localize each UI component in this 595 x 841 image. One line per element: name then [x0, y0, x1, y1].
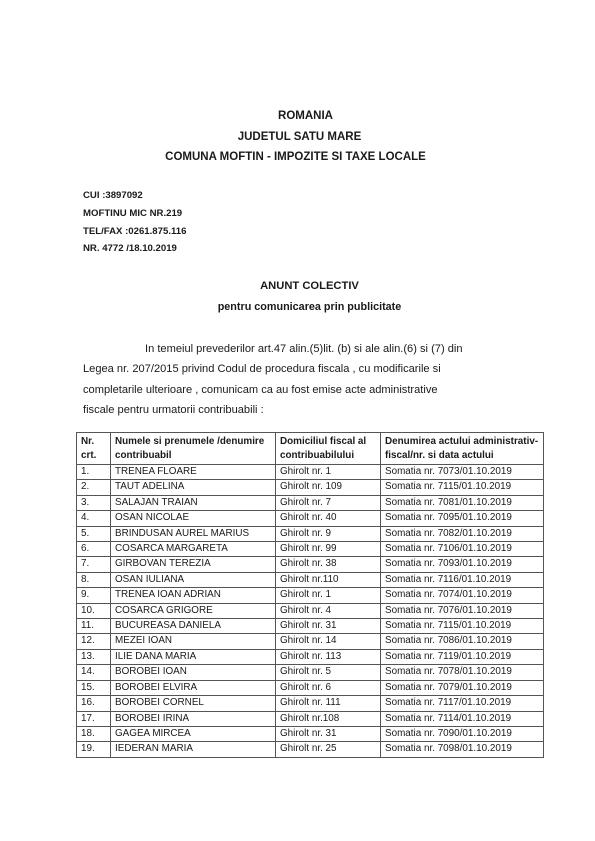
table-row: 14.BOROBEI IOANGhirolt nr. 5Somatia nr. …: [77, 665, 544, 680]
fiscal-domicile: Ghirolt nr. 5: [276, 665, 381, 680]
fiscal-domicile: Ghirolt nr. 25: [276, 742, 381, 757]
row-number: 8.: [77, 572, 111, 587]
fiscal-domicile: Ghirolt nr. 31: [276, 726, 381, 741]
header-nr-crt: Nr. crt.: [77, 433, 111, 465]
table-row: 9.TRENEA IOAN ADRIANGhirolt nr. 1Somatia…: [77, 588, 544, 603]
taxpayer-name: ILIE DANA MARIA: [111, 649, 276, 664]
table-row: 3.SALAJAN TRAIANGhirolt nr. 7Somatia nr.…: [77, 495, 544, 510]
table-row: 17.BOROBEI IRINAGhirolt nr.108Somatia nr…: [77, 711, 544, 726]
fiscal-domicile: Ghirolt nr. 111: [276, 696, 381, 711]
fiscal-domicile: Ghirolt nr. 7: [276, 495, 381, 510]
administrative-act: Somatia nr. 7095/01.10.2019: [381, 511, 544, 526]
paragraph-line: fiscale pentru urmatorii contribuabili :: [83, 400, 543, 420]
table-row: 16.BOROBEI CORNELGhirolt nr. 111Somatia …: [77, 696, 544, 711]
table-row: 10.COSARCA GRIGOREGhirolt nr. 4Somatia n…: [77, 603, 544, 618]
header-country: ROMANIA: [8, 110, 595, 122]
taxpayer-name: BOROBEI ELVIRA: [111, 680, 276, 695]
table-row: 1.TRENEA FLOAREGhirolt nr. 1Somatia nr. …: [77, 465, 544, 480]
fiscal-domicile: Ghirolt nr. 4: [276, 603, 381, 618]
administrative-act: Somatia nr. 7093/01.10.2019: [381, 557, 544, 572]
table-row: 8.OSAN IULIANAGhirolt nr.110Somatia nr. …: [77, 572, 544, 587]
table-row: 15.BOROBEI ELVIRAGhirolt nr. 6Somatia nr…: [77, 680, 544, 695]
row-number: 3.: [77, 495, 111, 510]
paragraph-line-text: In temeiul prevederilor art.47 alin.(5)l…: [145, 343, 463, 355]
paragraph-line: Legea nr. 207/2015 privind Codul de proc…: [83, 359, 543, 379]
row-number: 18.: [77, 726, 111, 741]
administrative-act: Somatia nr. 7117/01.10.2019: [381, 696, 544, 711]
taxpayer-name: MEZEI IOAN: [111, 634, 276, 649]
row-number: 11.: [77, 619, 111, 634]
taxpayer-name: BOROBEI CORNEL: [111, 696, 276, 711]
header-act-name: Denumirea actului administrativ-fiscal/n…: [381, 433, 544, 465]
administrative-act: Somatia nr. 7082/01.10.2019: [381, 526, 544, 541]
taxpayer-name: BRINDUSAN AUREL MARIUS: [111, 526, 276, 541]
table-row: 18.GAGEA MIRCEAGhirolt nr. 31Somatia nr.…: [77, 726, 544, 741]
fiscal-domicile: Ghirolt nr. 99: [276, 542, 381, 557]
taxpayer-name: TRENEA FLOARE: [111, 465, 276, 480]
header-name: Numele si prenumele /denumire contribuab…: [111, 433, 276, 465]
taxpayer-name: OSAN IULIANA: [111, 572, 276, 587]
header-institution: COMUNA MOFTIN - IMPOZITE SI TAXE LOCALE: [0, 151, 593, 163]
table-row: 19.IEDERAN MARIAGhirolt nr. 25Somatia nr…: [77, 742, 544, 757]
administrative-act: Somatia nr. 7074/01.10.2019: [381, 588, 544, 603]
fiscal-domicile: Ghirolt nr. 1: [276, 588, 381, 603]
taxpayer-name: COSARCA MARGARETA: [111, 542, 276, 557]
administrative-act: Somatia nr. 7098/01.10.2019: [381, 742, 544, 757]
info-phone: TEL/FAX :0261.875.116: [83, 226, 186, 237]
row-number: 16.: [77, 696, 111, 711]
taxpayer-name: OSAN NICOLAE: [111, 511, 276, 526]
table-row: 7.GIRBOVAN TEREZIAGhirolt nr. 38Somatia …: [77, 557, 544, 572]
table-row: 2.TAUT ADELINAGhirolt nr. 109Somatia nr.…: [77, 480, 544, 495]
fiscal-domicile: Ghirolt nr. 1: [276, 465, 381, 480]
administrative-act: Somatia nr. 7090/01.10.2019: [381, 726, 544, 741]
row-number: 7.: [77, 557, 111, 572]
info-address: MOFTINU MIC NR.219: [83, 208, 182, 219]
taxpayer-name: IEDERAN MARIA: [111, 742, 276, 757]
administrative-act: Somatia nr. 7115/01.10.2019: [381, 619, 544, 634]
row-number: 6.: [77, 542, 111, 557]
administrative-act: Somatia nr. 7119/01.10.2019: [381, 649, 544, 664]
fiscal-domicile: Ghirolt nr. 40: [276, 511, 381, 526]
taxpayer-name: GIRBOVAN TEREZIA: [111, 557, 276, 572]
administrative-act: Somatia nr. 7106/01.10.2019: [381, 542, 544, 557]
row-number: 2.: [77, 480, 111, 495]
info-cui: CUI :3897092: [83, 190, 143, 201]
taxpayer-name: BOROBEI IOAN: [111, 665, 276, 680]
fiscal-domicile: Ghirolt nr. 9: [276, 526, 381, 541]
fiscal-domicile: Ghirolt nr. 14: [276, 634, 381, 649]
header-county: JUDETUL SATU MARE: [2, 131, 595, 143]
administrative-act: Somatia nr. 7115/01.10.2019: [381, 480, 544, 495]
administrative-act: Somatia nr. 7078/01.10.2019: [381, 665, 544, 680]
row-number: 17.: [77, 711, 111, 726]
taxpayer-name: BOROBEI IRINA: [111, 711, 276, 726]
administrative-act: Somatia nr. 7081/01.10.2019: [381, 495, 544, 510]
row-number: 14.: [77, 665, 111, 680]
taxpayer-name: GAGEA MIRCEA: [111, 726, 276, 741]
table-row: 5.BRINDUSAN AUREL MARIUSGhirolt nr. 9Som…: [77, 526, 544, 541]
administrative-act: Somatia nr. 7079/01.10.2019: [381, 680, 544, 695]
fiscal-domicile: Ghirolt nr. 6: [276, 680, 381, 695]
table-row: 4.OSAN NICOLAEGhirolt nr. 40Somatia nr. …: [77, 511, 544, 526]
row-number: 12.: [77, 634, 111, 649]
paragraph-line: In temeiul prevederilor art.47 alin.(5)l…: [83, 339, 543, 359]
fiscal-domicile: Ghirolt nr. 38: [276, 557, 381, 572]
row-number: 9.: [77, 588, 111, 603]
fiscal-domicile: Ghirolt nr. 109: [276, 480, 381, 495]
administrative-act: Somatia nr. 7073/01.10.2019: [381, 465, 544, 480]
announcement-title: ANUNT COLECTIV: [12, 280, 595, 292]
administrative-act: Somatia nr. 7114/01.10.2019: [381, 711, 544, 726]
fiscal-domicile: Ghirolt nr.108: [276, 711, 381, 726]
row-number: 1.: [77, 465, 111, 480]
fiscal-domicile: Ghirolt nr. 113: [276, 649, 381, 664]
announcement-paragraph: In temeiul prevederilor art.47 alin.(5)l…: [83, 339, 543, 420]
administrative-act: Somatia nr. 7116/01.10.2019: [381, 572, 544, 587]
fiscal-domicile: Ghirolt nr. 31: [276, 619, 381, 634]
header-fiscal-domicile: Domiciliul fiscal al contribuabilului: [276, 433, 381, 465]
table-header-row: Nr. crt. Numele si prenumele /denumire c…: [77, 433, 544, 465]
administrative-act: Somatia nr. 7086/01.10.2019: [381, 634, 544, 649]
taxpayer-name: TRENEA IOAN ADRIAN: [111, 588, 276, 603]
row-number: 15.: [77, 680, 111, 695]
row-number: 10.: [77, 603, 111, 618]
row-number: 19.: [77, 742, 111, 757]
table-row: 6.COSARCA MARGARETAGhirolt nr. 99Somatia…: [77, 542, 544, 557]
row-number: 13.: [77, 649, 111, 664]
fiscal-domicile: Ghirolt nr.110: [276, 572, 381, 587]
taxpayer-name: SALAJAN TRAIAN: [111, 495, 276, 510]
table-row: 13.ILIE DANA MARIAGhirolt nr. 113Somatia…: [77, 649, 544, 664]
table-row: 12.MEZEI IOANGhirolt nr. 14Somatia nr. 7…: [77, 634, 544, 649]
taxpayers-table: Nr. crt. Numele si prenumele /denumire c…: [76, 432, 544, 758]
row-number: 5.: [77, 526, 111, 541]
paragraph-line: completarile ulterioare , comunicam ca a…: [83, 380, 543, 400]
info-registration-number: NR. 4772 /18.10.2019: [83, 243, 177, 254]
announcement-subtitle: pentru comunicarea prin publicitate: [12, 301, 595, 313]
taxpayer-name: BUCUREASA DANIELA: [111, 619, 276, 634]
administrative-act: Somatia nr. 7076/01.10.2019: [381, 603, 544, 618]
taxpayer-name: COSARCA GRIGORE: [111, 603, 276, 618]
taxpayer-name: TAUT ADELINA: [111, 480, 276, 495]
table-row: 11.BUCUREASA DANIELAGhirolt nr. 31Somati…: [77, 619, 544, 634]
row-number: 4.: [77, 511, 111, 526]
